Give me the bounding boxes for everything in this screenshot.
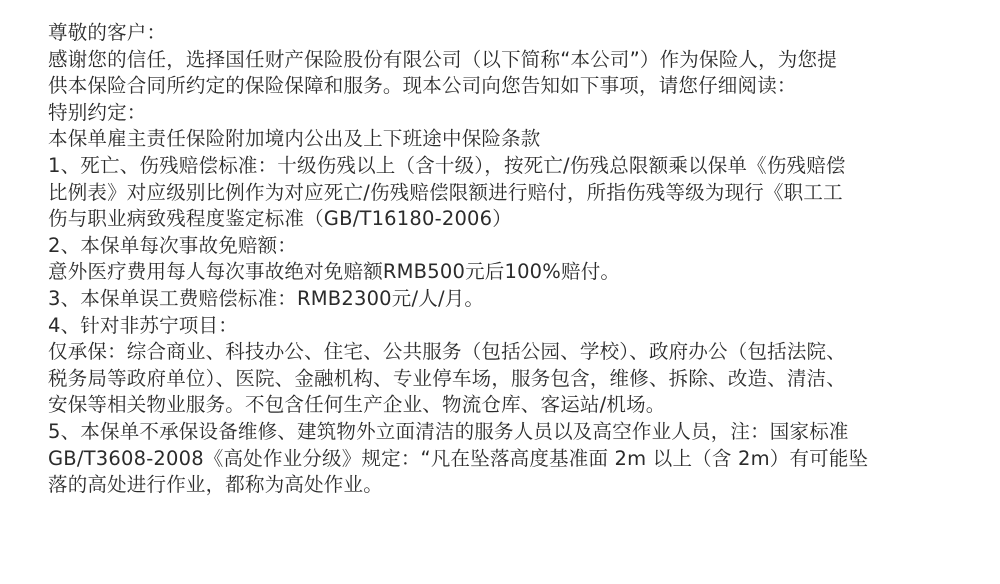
item-line: 4、针对非苏宁项目： xyxy=(48,313,978,340)
item-death-disability-standard: 1、死亡、伤残赔偿标准：十级伤残以上（含十级），按死亡/伤残总限额乘以保单《伤残… xyxy=(48,153,978,233)
item-line: 落的高处进行作业，都称为高处作业。 xyxy=(48,472,978,499)
insurance-notice-document: 尊敬的客户： 感谢您的信任，选择国任财产保险股份有限公司（以下简称“本公司”）作… xyxy=(48,20,978,499)
item-line: 5、本保单不承保设备维修、建筑物外立面清洁的服务人员以及高空作业人员，注：国家标… xyxy=(48,419,978,446)
item-line: 3、本保单误工费赔偿标准：RMB2300元/人/月。 xyxy=(48,286,978,313)
item-line: 仅承保：综合商业、科技办公、住宅、公共服务（包括公园、学校）、政府办公（包括法院… xyxy=(48,339,978,366)
item-line: 1、死亡、伤残赔偿标准：十级伤残以上（含十级），按死亡/伤残总限额乘以保单《伤残… xyxy=(48,153,978,180)
item-deductible: 2、本保单每次事故免赔额： 意外医疗费用每人每次事故绝对免赔额RMB500元后1… xyxy=(48,233,978,286)
item-line: 2、本保单每次事故免赔额： xyxy=(48,233,978,260)
intro-line: 感谢您的信任，选择国任财产保险股份有限公司（以下简称“本公司”）作为保险人，为您… xyxy=(48,47,978,74)
special-agreement-heading: 特别约定： xyxy=(48,100,978,127)
item-line: 意外医疗费用每人每次事故绝对免赔额RMB500元后100%赔付。 xyxy=(48,259,978,286)
item-non-suning-projects: 4、针对非苏宁项目： 仅承保：综合商业、科技办公、住宅、公共服务（包括公园、学校… xyxy=(48,313,978,419)
clause-title: 本保单雇主责任保险附加境内公出及上下班途中保险条款 xyxy=(48,126,978,153)
item-line: 伤与职业病致残程度鉴定标准（GB/T16180-2006） xyxy=(48,206,978,233)
item-line: GB/T3608-2008《高处作业分级》规定：“凡在坠落高度基准面 2m 以上… xyxy=(48,446,978,473)
item-exclusions: 5、本保单不承保设备维修、建筑物外立面清洁的服务人员以及高空作业人员，注：国家标… xyxy=(48,419,978,499)
greeting: 尊敬的客户： xyxy=(48,20,978,47)
item-line: 税务局等政府单位）、医院、金融机构、专业停车场，服务包含，维修、拆除、改造、清洁… xyxy=(48,366,978,393)
intro-line: 供本保险合同所约定的保险保障和服务。现本公司向您告知如下事项，请您仔细阅读： xyxy=(48,73,978,100)
item-lost-wages-standard: 3、本保单误工费赔偿标准：RMB2300元/人/月。 xyxy=(48,286,978,313)
item-line: 比例表》对应级别比例作为对应死亡/伤残赔偿限额进行赔付，所指伤残等级为现行《职工… xyxy=(48,180,978,207)
item-line: 安保等相关物业服务。不包含任何生产企业、物流仓库、客运站/机场。 xyxy=(48,392,978,419)
